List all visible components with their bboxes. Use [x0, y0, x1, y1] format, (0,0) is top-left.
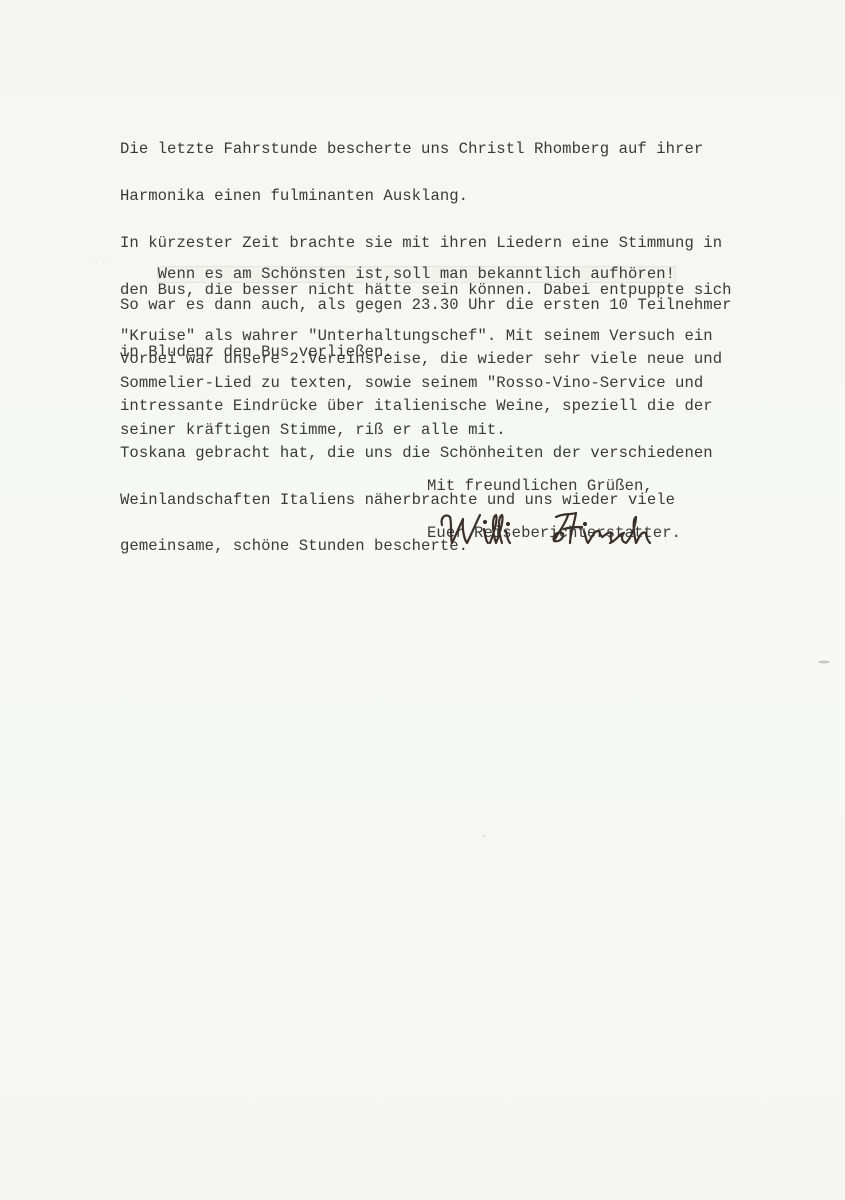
text-line-corrected: Wenn es am Schönsten ist,soll man bekann… [158, 267, 675, 283]
text-line: In kürzester Zeit brachte sie mit ihren … [120, 236, 732, 252]
text-line: Harmonika einen fulminanten Ausklang. [120, 189, 732, 205]
text-line: Vorbei war unsere 2.Vereinsreise, die wi… [120, 352, 722, 368]
document-page: Die letzte Fahrstunde bescherte uns Chri… [0, 0, 845, 1200]
salutation: Mit freundlichen Grüßen, [427, 479, 681, 495]
handwritten-signature [436, 505, 696, 555]
text-line: Die letzte Fahrstunde bescherte uns Chri… [120, 142, 732, 158]
text-line: So war es dann auch, als gegen 23.30 Uhr… [120, 298, 732, 314]
text-line: intressante Eindrücke über italienische … [120, 399, 722, 415]
